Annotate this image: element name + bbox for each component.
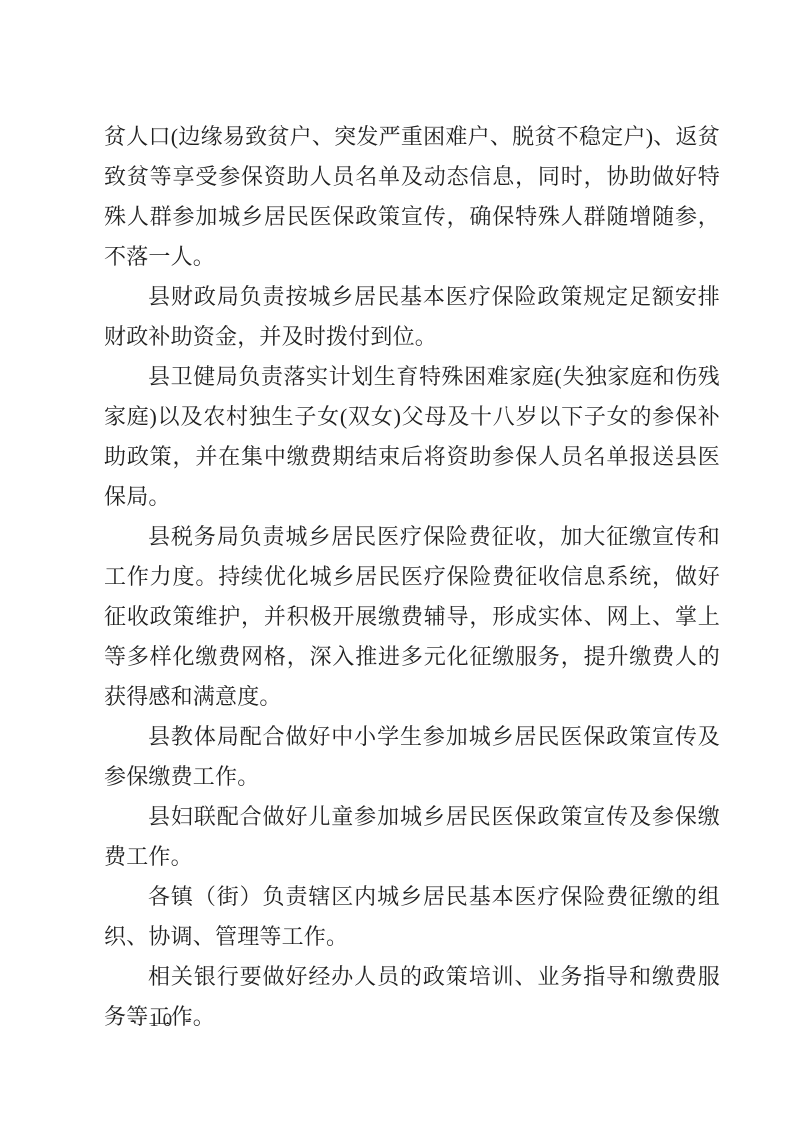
paragraph: 县妇联配合做好儿童参加城乡居民医保政策宣传及参保缴费工作。 — [104, 797, 720, 877]
document-body-text: 贫人口(边缘易致贫户、突发严重困难户、脱贫不稳定户)、返贫致贫等享受参保资助人员… — [104, 117, 720, 1037]
page-number: - 10 - — [130, 1010, 195, 1032]
paragraph: 贫人口(边缘易致贫户、突发严重困难户、脱贫不稳定户)、返贫致贫等享受参保资助人员… — [104, 117, 720, 277]
paragraph: 县财政局负责按城乡居民基本医疗保险政策规定足额安排财政补助资金，并及时拨付到位。 — [104, 277, 720, 357]
paragraph: 县税务局负责城乡居民医疗保险费征收，加大征缴宣传和工作力度。持续优化城乡居民医疗… — [104, 517, 720, 717]
paragraph: 县教体局配合做好中小学生参加城乡居民医保政策宣传及参保缴费工作。 — [104, 717, 720, 797]
paragraph: 县卫健局负责落实计划生育特殊困难家庭(失独家庭和伤残家庭)以及农村独生子女(双女… — [104, 357, 720, 517]
paragraph: 相关银行要做好经办人员的政策培训、业务指导和缴费服务等工作。 — [104, 957, 720, 1037]
paragraph: 各镇（街）负责辖区内城乡居民基本医疗保险费征缴的组织、协调、管理等工作。 — [104, 877, 720, 957]
document-page: 贫人口(边缘易致贫户、突发严重困难户、脱贫不稳定户)、返贫致贫等享受参保资助人员… — [0, 0, 793, 1122]
